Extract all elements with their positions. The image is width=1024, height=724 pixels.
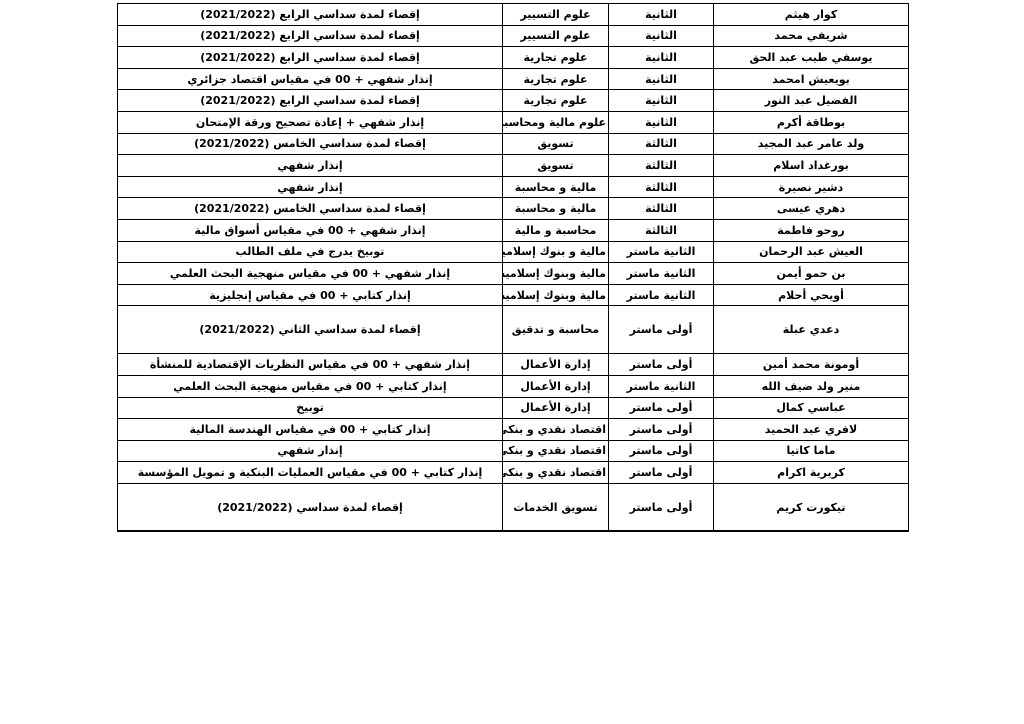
student-name-cell: بويعيش امحمد [714, 68, 909, 90]
specialty-cell: تسويق [503, 133, 609, 155]
table-row: يوسفي طيب عبد الحق الثانية علوم تجارية إ… [118, 47, 909, 69]
student-name-cell: بن حمو أيمن [714, 263, 909, 285]
table-row: أويحي أحلام الثانية ماستر مالية وبنوك إس… [118, 284, 909, 306]
year-level-cell: الثانية [609, 25, 714, 47]
student-name-cell: كريرية اكرام [714, 462, 909, 484]
sanction-cell: إنذار شفهي + 00 في مقياس النظريات الإقتص… [118, 354, 503, 376]
table-row: بورغداد اسلام الثالثة تسويق إنذار شفهي [118, 155, 909, 177]
table-row: شريفي محمد الثانية علوم التسيير إقصاء لم… [118, 25, 909, 47]
sanction-cell: إنذار شفهي [118, 155, 503, 177]
sanction-cell: إنذار كتابي + 00 في مقياس منهجية البحث ا… [118, 375, 503, 397]
table-row: دعدي عبلة أولى ماستر محاسبة و تدقيق إقصا… [118, 306, 909, 354]
year-level-cell: الثانية [609, 4, 714, 26]
student-name-cell: تيكورت كريم [714, 483, 909, 531]
student-name-cell: ماما كاتيا [714, 440, 909, 462]
year-level-cell: الثالثة [609, 133, 714, 155]
table-row: لافري عبد الحميد أولى ماستر اقتصاد نقدي … [118, 419, 909, 441]
sanction-cell: إنذار شفهي + 00 في مقياس منهجية البحث ال… [118, 263, 503, 285]
specialty-cell: مالية وبنوك إسلامية [503, 263, 609, 285]
table-row: كريرية اكرام أولى ماستر اقتصاد نقدي و بن… [118, 462, 909, 484]
document-page: كوار هيثم الثانية علوم التسيير إقصاء لمد… [0, 0, 1024, 724]
specialty-cell: مالية و محاسبة [503, 176, 609, 198]
specialty-cell: تسويق الخدمات [503, 483, 609, 531]
table-row: دشير نصيرة الثالثة مالية و محاسبة إنذار … [118, 176, 909, 198]
student-name-cell: العيش عبد الرحمان [714, 241, 909, 263]
student-name-cell: شريفي محمد [714, 25, 909, 47]
year-level-cell: الثانية ماستر [609, 241, 714, 263]
specialty-cell: علوم تجارية [503, 47, 609, 69]
year-level-cell: الثالثة [609, 176, 714, 198]
sanction-cell: إنذار شفهي [118, 440, 503, 462]
sanction-cell: إنذار كتابي + 00 في مقياس العمليات البنك… [118, 462, 503, 484]
year-level-cell: أولى ماستر [609, 440, 714, 462]
table-row: ولد عامر عبد المجيد الثالثة تسويق إقصاء … [118, 133, 909, 155]
table-row: العيش عبد الرحمان الثانية ماستر مالية و … [118, 241, 909, 263]
table-row: عباسي كمال أولى ماستر إدارة الأعمال توبي… [118, 397, 909, 419]
specialty-cell: علوم التسيير [503, 4, 609, 26]
table-row: روحو فاطمة الثالثة محاسبة و مالية إنذار … [118, 219, 909, 241]
specialty-cell: إدارة الأعمال [503, 397, 609, 419]
specialty-cell: إدارة الأعمال [503, 354, 609, 376]
sanction-cell: إقصاء لمدة سداسي الثاني (2021/2022) [118, 306, 503, 354]
year-level-cell: الثانية ماستر [609, 284, 714, 306]
sanction-cell: إنذار شفهي + 00 في مقياس اقتصاد جزائري [118, 68, 503, 90]
year-level-cell: الثالثة [609, 198, 714, 220]
year-level-cell: أولى ماستر [609, 419, 714, 441]
sanction-cell: إقصاء لمدة سداسي الرابع (2021/2022) [118, 25, 503, 47]
year-level-cell: الثانية [609, 111, 714, 133]
student-name-cell: دشير نصيرة [714, 176, 909, 198]
table-row: تيكورت كريم أولى ماستر تسويق الخدمات إقص… [118, 483, 909, 531]
student-name-cell: لافري عبد الحميد [714, 419, 909, 441]
specialty-cell: علوم تجارية [503, 90, 609, 112]
student-name-cell: أومونة محمد أمين [714, 354, 909, 376]
sanction-cell: إقصاء لمدة سداسي الرابع (2021/2022) [118, 4, 503, 26]
student-name-cell: أويحي أحلام [714, 284, 909, 306]
specialty-cell: علوم مالية ومحاسبة [503, 111, 609, 133]
year-level-cell: الثانية [609, 90, 714, 112]
sanction-cell: إنذار كتابي + 00 في مقياس الهندسة المالي… [118, 419, 503, 441]
specialty-cell: علوم التسيير [503, 25, 609, 47]
table-row: الفضيل عبد النور الثانية علوم تجارية إقص… [118, 90, 909, 112]
student-name-cell: منير ولد ضيف الله [714, 375, 909, 397]
student-name-cell: دعدي عبلة [714, 306, 909, 354]
student-name-cell: ولد عامر عبد المجيد [714, 133, 909, 155]
year-level-cell: أولى ماستر [609, 306, 714, 354]
student-name-cell: يوسفي طيب عبد الحق [714, 47, 909, 69]
student-name-cell: بوطاقة أكرم [714, 111, 909, 133]
year-level-cell: الثانية ماستر [609, 375, 714, 397]
sanction-cell: إقصاء لمدة سداسي الرابع (2021/2022) [118, 90, 503, 112]
table-row: منير ولد ضيف الله الثانية ماستر إدارة ال… [118, 375, 909, 397]
sanction-cell: إقصاء لمدة سداسي الخامس (2021/2022) [118, 133, 503, 155]
student-name-cell: روحو فاطمة [714, 219, 909, 241]
sanction-cell: إنذار شفهي + إعادة تصحيح ورقة الإمتحان [118, 111, 503, 133]
year-level-cell: الثانية ماستر [609, 263, 714, 285]
specialty-cell: علوم تجارية [503, 68, 609, 90]
year-level-cell: الثالثة [609, 219, 714, 241]
sanction-cell: توبيخ يدرج في ملف الطالب [118, 241, 503, 263]
table-row: ماما كاتيا أولى ماستر اقتصاد نقدي و بنكي… [118, 440, 909, 462]
student-name-cell: بورغداد اسلام [714, 155, 909, 177]
student-sanctions-table: كوار هيثم الثانية علوم التسيير إقصاء لمد… [117, 3, 909, 532]
sanction-cell: إقصاء لمدة سداسي الرابع (2021/2022) [118, 47, 503, 69]
year-level-cell: أولى ماستر [609, 483, 714, 531]
student-name-cell: عباسي كمال [714, 397, 909, 419]
sanction-cell: إنذار كتابي + 00 في مقياس إنجليزية [118, 284, 503, 306]
student-name-cell: كوار هيثم [714, 4, 909, 26]
year-level-cell: الثالثة [609, 155, 714, 177]
sanction-cell: إنذار شفهي [118, 176, 503, 198]
year-level-cell: أولى ماستر [609, 462, 714, 484]
specialty-cell: تسويق [503, 155, 609, 177]
table-row: بوطاقة أكرم الثانية علوم مالية ومحاسبة إ… [118, 111, 909, 133]
table-row: دهري عيسى الثالثة مالية و محاسبة إقصاء ل… [118, 198, 909, 220]
specialty-cell: مالية وبنوك إسلامية [503, 284, 609, 306]
student-name-cell: الفضيل عبد النور [714, 90, 909, 112]
sanction-cell: توبيخ [118, 397, 503, 419]
specialty-cell: مالية و بنوك إسلامية [503, 241, 609, 263]
sanction-cell: إنذار شفهي + 00 في مقياس أسواق مالية [118, 219, 503, 241]
specialty-cell: اقتصاد نقدي و بنكي [503, 419, 609, 441]
specialty-cell: اقتصاد نقدي و بنكي [503, 462, 609, 484]
year-level-cell: الثانية [609, 47, 714, 69]
sanction-cell: إقصاء لمدة سداسي (2021/2022) [118, 483, 503, 531]
specialty-cell: اقتصاد نقدي و بنكي [503, 440, 609, 462]
year-level-cell: أولى ماستر [609, 354, 714, 376]
year-level-cell: الثانية [609, 68, 714, 90]
table-row: بن حمو أيمن الثانية ماستر مالية وبنوك إس… [118, 263, 909, 285]
table-row: بويعيش امحمد الثانية علوم تجارية إنذار ش… [118, 68, 909, 90]
student-name-cell: دهري عيسى [714, 198, 909, 220]
specialty-cell: إدارة الأعمال [503, 375, 609, 397]
specialty-cell: محاسبة و مالية [503, 219, 609, 241]
table-row: كوار هيثم الثانية علوم التسيير إقصاء لمد… [118, 4, 909, 26]
table-row: أومونة محمد أمين أولى ماستر إدارة الأعما… [118, 354, 909, 376]
sanction-cell: إقصاء لمدة سداسي الخامس (2021/2022) [118, 198, 503, 220]
year-level-cell: أولى ماستر [609, 397, 714, 419]
specialty-cell: مالية و محاسبة [503, 198, 609, 220]
specialty-cell: محاسبة و تدقيق [503, 306, 609, 354]
